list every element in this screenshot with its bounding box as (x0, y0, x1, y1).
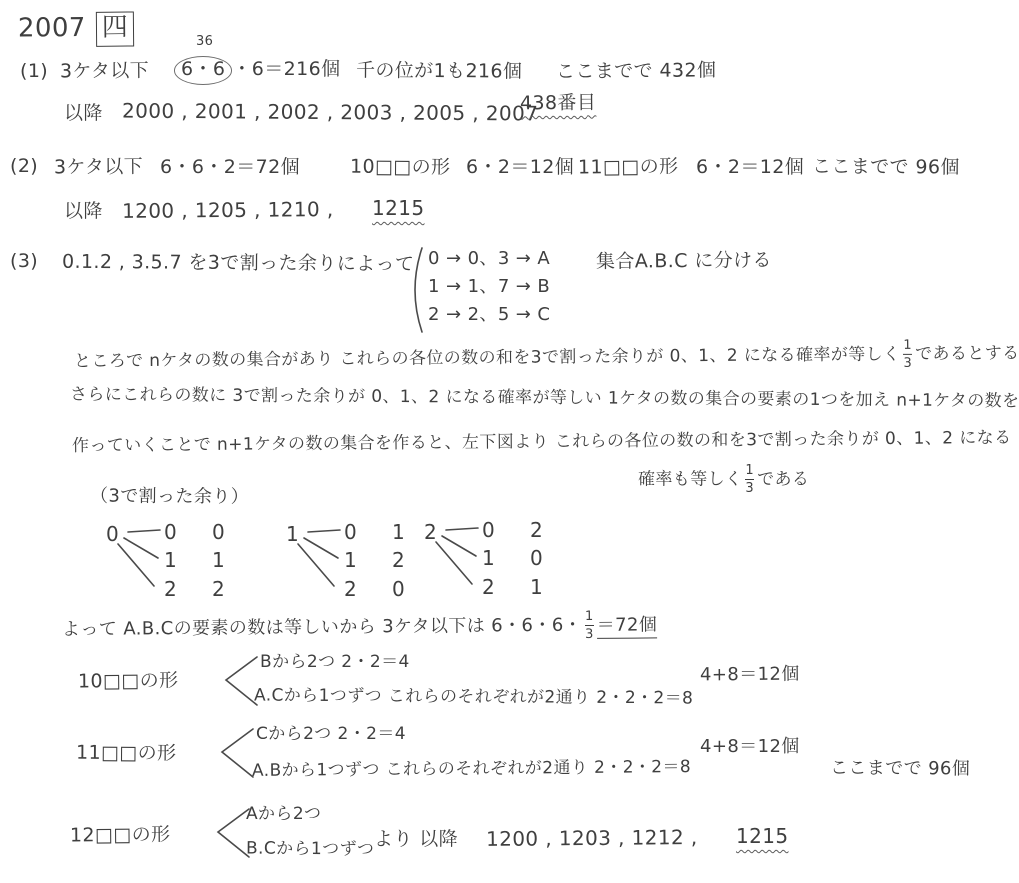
mapping-row-1: 1 → 1、7 → B (428, 276, 550, 298)
tree-sum: 0 (530, 546, 543, 570)
part3-intro: 0.1.2 , 3.5.7 を3で割った余りによって (62, 251, 414, 276)
paragraph-line-3: 作っていくことで n+1ケタの数の集合を作ると、左下図より これらの各位の数の和… (72, 428, 1012, 457)
mapping-row-0: 0 → 0、3 → A (428, 248, 550, 270)
part1-digit-count-label: 3ケタ以下 (60, 60, 149, 84)
mapping-brace-icon (404, 246, 426, 334)
case-12-conclusion-label: より 以降 (374, 828, 458, 851)
part2-label: (2) (10, 155, 38, 178)
tree-child: 2 (482, 575, 495, 599)
year-text: 2007 (18, 13, 86, 44)
case-12-form-label: 12□□の形 (70, 824, 171, 848)
case-10-form-label: 10□□の形 (78, 670, 179, 694)
tree-root: 0 (106, 522, 119, 546)
one-third-fraction: 13 (745, 464, 754, 495)
problem-number-box: 四 (96, 11, 135, 47)
paragraph-line-4-text: 確率も等しく (638, 470, 742, 490)
tree-child: 0 (482, 518, 495, 542)
conclusion-result: ＝72個 (597, 614, 658, 639)
tree-child: 1 (164, 548, 177, 572)
tree-sum: 2 (212, 577, 225, 601)
tree-child: 1 (344, 548, 357, 572)
tree-child: 0 (164, 520, 177, 544)
remainder-tree-2: 2 0 1 2 2 0 1 (424, 518, 564, 608)
case-11-brace-icon (218, 726, 256, 780)
part1-subtotal: ここまでで 432個 (556, 59, 717, 83)
case-10-branch-bottom: A.Cから1つずつ これらのそれぞれが2通り 2・2・2＝8 (254, 685, 693, 708)
tree-sum: 1 (392, 520, 405, 544)
part3-label: (3) (10, 250, 38, 273)
case-12-answer: 1215 (736, 824, 789, 848)
part2-sequence: 1200 , 1205 , 1210 , (122, 197, 334, 223)
tree-sum: 0 (392, 577, 405, 601)
case-12-sequence: 1200 , 1203 , 1212 , (486, 825, 698, 851)
conclusion-text: よって A.B.Cの要素の数は等しいから 3ケタ以下は 6・6・6・ (62, 615, 582, 641)
part2-equation-2: 6・2＝12個 (466, 156, 574, 179)
paragraph-line-4-tail: である (757, 470, 809, 490)
remainder-tree-0: 0 0 1 2 0 1 2 (106, 520, 246, 610)
form-10-label: 10□□の形 (350, 156, 451, 179)
part1-label: (1) (20, 60, 48, 83)
part1-equation: 6・6・6＝216個 (174, 56, 341, 85)
part1-answer: 438番目 (520, 92, 596, 115)
circled-factors: 6・6 (174, 56, 232, 85)
case-11-branch-bottom: A.Bから1つずつ これらのそれぞれが2通り 2・2・2＝8 (252, 757, 691, 781)
tree-caption: （3で割った余り） (90, 485, 249, 508)
part2-equation-1: 6・6・2＝72個 (160, 156, 300, 179)
tree-child: 0 (344, 520, 357, 544)
paragraph-line-1-tail: であるとする (915, 343, 1019, 364)
case-11-branch-top: Cから2つ 2・2＝4 (256, 724, 406, 744)
tree-child: 1 (482, 546, 495, 570)
tree-child: 2 (164, 577, 177, 601)
conclusion-line: よって A.B.Cの要素の数は等しいから 3ケタ以下は 6・6・6・13＝72個 (62, 609, 657, 645)
case-10-total: 4+8＝12個 (700, 664, 800, 686)
one-third-fraction: 13 (903, 339, 912, 370)
case-12-branch-top: Aから2つ (246, 804, 321, 824)
part2-answer: 1215 (372, 196, 425, 220)
grouping-note: 集合A.B.C に分ける (596, 249, 772, 273)
handwritten-worksheet-page: 2007四 (1) 3ケタ以下 36 6・6・6＝216個 千の位が1も216個… (0, 0, 1019, 883)
part1-sequence: 2000 , 2001 , 2002 , 2003 , 2005 , 2007 (122, 99, 539, 126)
remainder-tree-1: 1 0 1 2 1 2 0 (286, 520, 426, 610)
tree-sum: 0 (212, 520, 225, 544)
part2-subtotal: ここまでで 96個 (812, 155, 960, 179)
tree-sum: 2 (392, 548, 405, 572)
case-11-total: 4+8＝12個 (700, 736, 800, 758)
page-title: 2007四 (18, 11, 134, 47)
case-11-form-label: 11□□の形 (76, 742, 177, 765)
paragraph-line-1: ところで nケタの数の集合があり これらの各位の数の和を3で割った余りが 0、1… (74, 338, 1019, 377)
part2-after-label: 以降 (64, 200, 103, 223)
case-10-branch-top: Bから2つ 2・2＝4 (260, 652, 410, 672)
multiplier-annotation: 36 (196, 34, 213, 50)
form-11-label: 11□□の形 (578, 156, 679, 180)
mapping-row-2: 2 → 2、5 → C (428, 304, 550, 326)
tree-child: 2 (344, 577, 357, 601)
paragraph-line-1-text: ところで nケタの数の集合があり これらの各位の数の和を3で割った余りが 0、1… (74, 344, 901, 371)
paragraph-line-4: 確率も等しく13である (638, 464, 809, 495)
one-third-fraction: 13 (585, 610, 594, 641)
tree-sum: 2 (530, 518, 543, 542)
case-11-running-total: ここまでで 96個 (830, 758, 970, 781)
tree-sum: 1 (530, 575, 543, 599)
tree-sum: 1 (212, 548, 225, 572)
case-12-branch-bottom: B.Cから1つずつ (246, 839, 374, 860)
part2-digit-count-label: 3ケタ以下 (54, 156, 143, 180)
tree-root: 1 (286, 522, 299, 546)
part2-equation-3: 6・2＝12個 (696, 156, 804, 179)
part1-thousands-note: 千の位が1も216個 (356, 59, 523, 83)
part1-after-label: 以降 (64, 102, 103, 125)
equation-rest: ・6＝216個 (232, 58, 340, 80)
paragraph-line-2: さらにこれらの数に 3で割った余りが 0、1、2 になる確率が等しい 1ケタの数… (70, 385, 1019, 412)
tree-root: 2 (424, 520, 437, 544)
